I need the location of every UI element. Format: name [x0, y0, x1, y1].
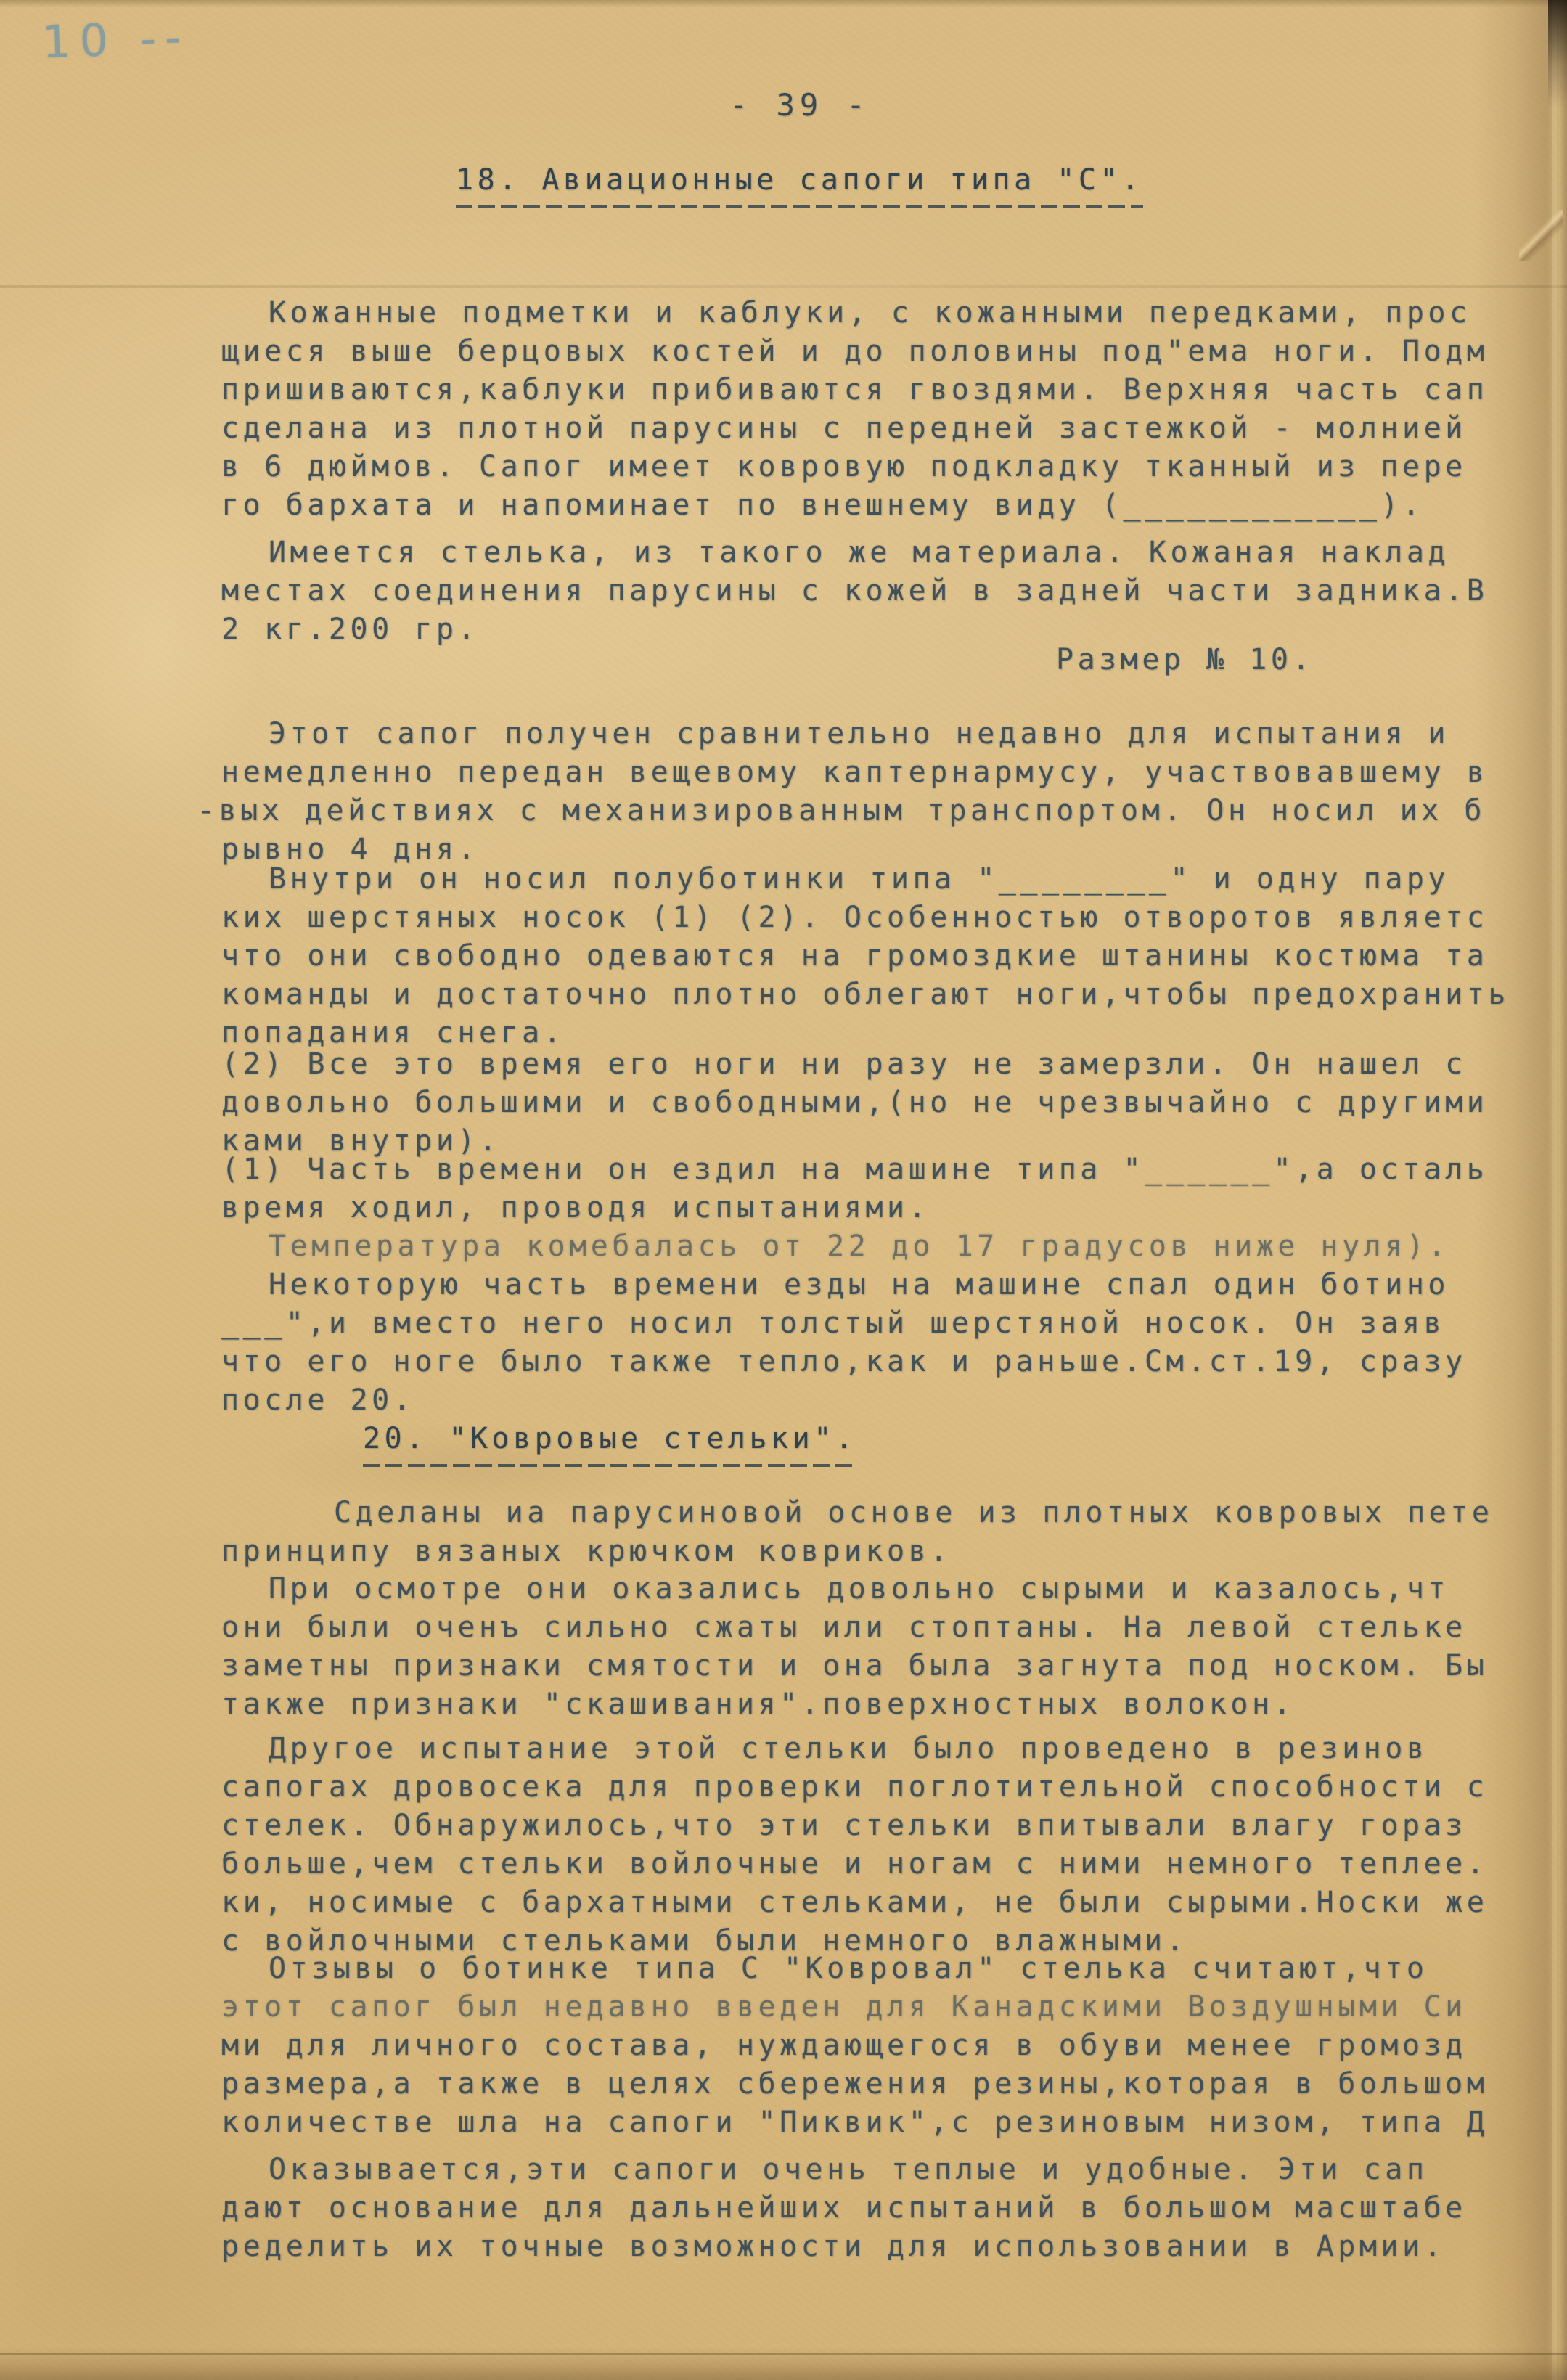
- text-line: стелек. Обнаружилось,что эти стельки впи…: [221, 1807, 1467, 1845]
- text-line: Кожанные подметки и каблуки, с кожанными…: [269, 294, 1471, 332]
- text-line: что они свободно одеваются на громоздкие…: [221, 937, 1488, 976]
- text-line: Имеется стелька, из такого же материала.…: [269, 533, 1449, 572]
- text-line: что его ноге было также тепло,как и рань…: [221, 1343, 1467, 1381]
- text-line: количестве шла на сапоги "Пиквик",с рези…: [221, 2103, 1488, 2142]
- text-line: ___",и вместо него носил толстый шерстян…: [221, 1304, 1445, 1343]
- text-line: ки, носимые с бархатными стельками, не б…: [221, 1884, 1488, 1922]
- text-line: в 6 дюймов. Сапог имеет ковровую подклад…: [221, 448, 1467, 486]
- section-heading-20: 20. "Ковровые стельки".: [363, 1420, 856, 1467]
- text-line: время ходил, проводя испытаниями.: [221, 1189, 930, 1227]
- text-line: принципу вязаных крючком ковриков.: [221, 1532, 952, 1571]
- text-line: -вых действиях с механизированным трансп…: [197, 792, 1486, 830]
- text-line: ми для личного состава, нуждающегося в о…: [221, 2027, 1467, 2065]
- text-line: При осмотре они оказались довольно сырым…: [269, 1570, 1449, 1608]
- text-line: дают основание для дальнейших испытаний …: [221, 2189, 1467, 2228]
- text-line: ких шерстяных носок (1) (2). Особенность…: [221, 899, 1488, 937]
- page-number: - 39 -: [729, 86, 870, 124]
- text-line: заметны признаки смятости и она была заг…: [221, 1647, 1488, 1685]
- text-line: пришиваются,каблуки прибиваются гвоздями…: [221, 371, 1488, 409]
- paper-corner-shadow: [1548, 0, 1567, 109]
- text-line: немедленно передан вещевому каптернармус…: [221, 753, 1488, 792]
- text-line: больше,чем стельки войлочные и ногам с н…: [221, 1845, 1488, 1884]
- text-line: команды и достаточно плотно облегают ног…: [221, 976, 1510, 1014]
- text-line: Внутри он носил полуботинки типа "______…: [269, 860, 1449, 899]
- text-line: местах соединения парусины с кожей в зад…: [221, 572, 1488, 610]
- text-line: (1) Часть времени он ездил на машине тип…: [221, 1150, 1488, 1189]
- text-line: размера,а также в целях сбережения резин…: [221, 2065, 1488, 2103]
- paper-edge-top: [0, 0, 1567, 7]
- text-line: также признаки "скашивания".поверхностны…: [221, 1685, 1295, 1724]
- text-line: Сделаны иа парусиновой основе из плотных…: [334, 1494, 1493, 1532]
- handwritten-page-note: 10 --: [41, 17, 190, 61]
- text-line: Температура комебалась от 22 до 17 граду…: [269, 1227, 1449, 1266]
- text-line: сделана из плотной парусины с передней з…: [221, 409, 1467, 448]
- size-label: Размер № 10.: [1056, 641, 1314, 679]
- text-line: 2 кг.200 гр.: [221, 610, 479, 649]
- paper-fold-mark: [1519, 210, 1563, 261]
- text-line: Оказывается,эти сапоги очень теплые и уд…: [269, 2151, 1428, 2189]
- text-line: щиеся выше берцовых костей и до половины…: [221, 332, 1488, 371]
- section-heading-18: 18. Авиационные сапоги типа "С".: [456, 161, 1143, 208]
- text-line: Некоторую часть времени езды на машине с…: [269, 1266, 1449, 1304]
- text-line: Другое испытание этой стельки было прове…: [269, 1730, 1428, 1768]
- paper-edge-bottom: [0, 2347, 1567, 2380]
- scanned-document-page: 10 --- 39 -18. Авиационные сапоги типа "…: [0, 0, 1567, 2380]
- text-line: Этот сапог получен сравнительно недавно …: [269, 715, 1449, 753]
- paper-edge-ridge: [1552, 0, 1557, 2380]
- text-line: после 20.: [221, 1381, 414, 1420]
- text-line: ределить их точные возможности для испол…: [221, 2228, 1445, 2266]
- text-line: (2) Все это время его ноги ни разу не за…: [221, 1045, 1467, 1084]
- paper-crease: [0, 285, 1567, 288]
- text-line: го бархата и напоминает по внешнему виду…: [221, 486, 1424, 525]
- text-line: этот сапог был недавно введен для Канадс…: [221, 1988, 1467, 2027]
- text-line: довольно большими и свободными,(но не чр…: [221, 1084, 1488, 1122]
- text-line: сапогах дровосека для проверки поглотите…: [221, 1768, 1488, 1807]
- text-line: Отзывы о ботинке типа С "Ковровал" стель…: [269, 1950, 1428, 1988]
- text-line: они были оченъ сильно сжаты или стоптаны…: [221, 1608, 1467, 1647]
